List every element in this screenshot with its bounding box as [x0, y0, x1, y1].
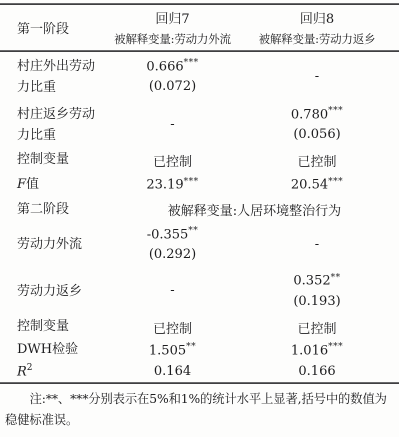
cell-value: 已控制 [297, 322, 336, 337]
coefficient: - [315, 237, 319, 252]
reg7-cell: 已控制 [110, 151, 235, 170]
regression-results-table: 第一阶段 回归7 被解释变量:劳动力外流 回归8 被解释变量:劳动力返乡 村庄外… [0, 0, 399, 437]
reg7-cell: -0.355** (0.292) [110, 225, 235, 266]
reg7-cell: 0.666*** (0.072) [110, 57, 235, 98]
significance-stars: *** [184, 177, 199, 187]
reg8-cell: 20.54*** [235, 176, 399, 192]
cell-value: 已控制 [153, 155, 192, 170]
cell-value: 已控制 [153, 322, 192, 337]
stage2-label: 第二阶段 [17, 199, 69, 220]
significance-stars: *** [184, 58, 199, 68]
row-stage2-header: 第二阶段 被解释变量:人居环境整治行为 [0, 197, 399, 222]
dwh-value: 1.505 [149, 343, 186, 358]
table-footnote: 注:**、***分别表示在5%和1%的统计水平上显著,括号中的数值为稳健标准误。 [0, 389, 399, 431]
reg7-header: 回归7 被解释变量:劳动力外流 [110, 5, 235, 50]
reg7-cell: 23.19*** [110, 176, 235, 192]
coefficient: -0.355 [147, 227, 189, 242]
stage2-dependent-var: 被解释变量:人居环境整治行为 [110, 200, 399, 219]
standard-error: (0.193) [235, 292, 399, 312]
reg8-cell: 1.016*** [235, 342, 399, 358]
reg7-dependent-var: 被解释变量:劳动力外流 [110, 31, 235, 47]
reg7-cell: 已控制 [110, 318, 235, 337]
standard-error: (0.072) [110, 77, 235, 97]
row-label: 劳动力返乡 [17, 281, 82, 302]
reg7-cell: - [110, 115, 235, 135]
reg7-cell: - [110, 281, 235, 301]
standard-error: (0.292) [110, 245, 235, 265]
significance-stars: *** [328, 106, 343, 116]
coefficient: - [315, 69, 319, 84]
r2-value: 0.166 [298, 364, 335, 379]
row-village-return-labor-share: 村庄返乡劳动力比重 - 0.780*** (0.056) [0, 102, 399, 148]
label-italic-part: F [17, 177, 26, 192]
significance-stars: ** [186, 342, 196, 352]
row-label: R2 [17, 361, 33, 383]
row-label: 控制变量 [17, 149, 69, 170]
stage1-header-label: 第一阶段 [0, 5, 110, 50]
coefficient: - [170, 283, 174, 298]
row-label: F值 [17, 174, 39, 195]
row-label: 控制变量 [17, 316, 69, 337]
reg7-cell: 0.164 [110, 364, 235, 379]
row-village-out-labor-share: 村庄外出劳动力比重 0.666*** (0.072) - [0, 52, 399, 102]
reg8-cell: 0.780*** (0.056) [235, 105, 399, 146]
reg8-cell: 已控制 [235, 318, 399, 337]
label-italic-part: R [17, 364, 27, 379]
reg8-cell: - [235, 67, 399, 87]
coefficient: 0.780 [291, 107, 328, 122]
row-label: DWH检验 [17, 339, 78, 360]
row-labor-outflow: 劳动力外流 -0.355** (0.292) - [0, 222, 399, 268]
row-f-statistic: F值 23.19*** 20.54*** [0, 172, 399, 197]
row-label: 村庄外出劳动力比重 [17, 56, 103, 99]
row-control-variables-stage1: 控制变量 已控制 已控制 [0, 148, 399, 172]
row-dwh-test: DWH检验 1.505** 1.016*** [0, 339, 399, 361]
significance-stars: *** [328, 342, 343, 352]
reg8-cell: 0.352** (0.193) [235, 271, 399, 312]
row-labor-return: 劳动力返乡 - 0.352** (0.193) [0, 268, 399, 315]
row-label: 劳动力外流 [17, 234, 82, 255]
reg8-header: 回归8 被解释变量:劳动力返乡 [235, 5, 399, 50]
coefficient: 0.352 [293, 274, 330, 289]
reg8-cell: - [235, 235, 399, 255]
reg8-cell: 0.166 [235, 364, 399, 379]
significance-stars: ** [188, 226, 198, 236]
dwh-value: 1.016 [291, 343, 328, 358]
row-control-variables-stage2: 控制变量 已控制 已控制 [0, 315, 399, 339]
reg7-cell: 1.505** [110, 342, 235, 358]
label-superscript: 2 [27, 363, 33, 373]
f-value: 20.54 [291, 178, 328, 193]
cell-value: 已控制 [297, 155, 336, 170]
label-text-part: 值 [26, 177, 39, 192]
row-r-squared: R2 0.164 0.166 [0, 361, 399, 382]
row-label: 村庄返乡劳动力比重 [17, 104, 103, 147]
coefficient: - [170, 117, 174, 132]
coefficient: 0.666 [146, 59, 183, 74]
standard-error: (0.056) [235, 125, 399, 145]
reg7-title: 回归7 [110, 8, 235, 27]
table-header-row: 第一阶段 回归7 被解释变量:劳动力外流 回归8 被解释变量:劳动力返乡 [0, 5, 399, 50]
f-value: 23.19 [146, 178, 183, 193]
reg8-title: 回归8 [235, 8, 399, 27]
significance-stars: ** [331, 273, 341, 283]
reg8-cell: 已控制 [235, 151, 399, 170]
r2-value: 0.164 [154, 364, 191, 379]
significance-stars: *** [328, 177, 343, 187]
reg8-dependent-var: 被解释变量:劳动力返乡 [235, 31, 399, 47]
